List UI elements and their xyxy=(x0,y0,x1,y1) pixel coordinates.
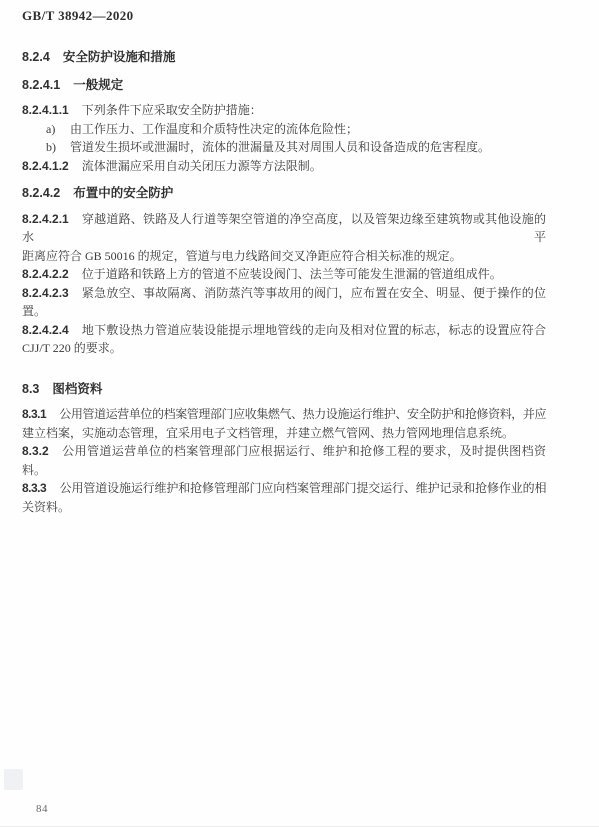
clause-number: 8.2.4.1.2 xyxy=(22,159,69,173)
clause-number: 8.2.4.2.2 xyxy=(22,267,69,281)
clause-text: 公用管道设施运行维护和抢修管理部门应向档案管理部门提交运行、维护记录和抢修作业的… xyxy=(59,481,546,495)
clause-number: 8.3.3 xyxy=(22,481,46,495)
list-item-text: 由工作压力、工作温度和介质特性决定的流体危险性； xyxy=(70,122,358,136)
clause-text: 关资料。 xyxy=(22,500,70,514)
section-number: 8.2.4.2 xyxy=(22,186,60,200)
section-title: 安全防护设施和措施 xyxy=(63,50,176,64)
clause-8-2-4-2-3: 8.2.4.2.3紧急放空、事故隔离、消防蒸汽等事故用的阀门，应布置在安全、明显… xyxy=(22,284,546,321)
clause-text: 地下敷设热力管道应装设能提示埋地管线的走向及相对位置的标志，标志的设置应符合 xyxy=(82,323,546,337)
clause-text: 流体泄漏应采用自动关闭压力源等方法限制。 xyxy=(82,159,322,173)
clause-8-2-4-2-1-line1: 8.2.4.2.1穿越道路、铁路及人行道等架空管道的净空高度，以及管架边缘至建筑… xyxy=(22,210,546,247)
clause-group-general: 8.2.4.1.1下列条件下应采取安全防护措施： a)由工作压力、工作温度和介质… xyxy=(22,101,546,175)
clause-8-2-4-1-2: 8.2.4.1.2流体泄漏应采用自动关闭压力源等方法限制。 xyxy=(22,157,546,176)
section-title: 图档资料 xyxy=(52,382,102,396)
clause-text: 下列条件下应采取安全防护措施： xyxy=(82,103,262,117)
clause-text: 位于道路和铁路上方的管道不应装设阀门、法兰等可能发生泄漏的管道组成件。 xyxy=(82,267,502,281)
section-heading-8-3: 8.3图档资料 xyxy=(22,380,546,399)
clause-text: 公用管道运营单位的档案管理部门应收集燃气、热力设施运行维护、安全防护和抢修资料，… xyxy=(59,407,546,421)
section-title: 一般规定 xyxy=(73,78,123,92)
list-marker: b) xyxy=(46,138,70,157)
clause-8-3-1-line1: 8.3.1公用管道运营单位的档案管理部门应收集燃气、热力设施运行维护、安全防护和… xyxy=(22,405,546,424)
section-number: 8.2.4 xyxy=(22,50,50,64)
clause-8-2-4-2-1-line2: 距离应符合 GB 50016 的规定，管道与电力线路间交叉净距应符合相关标准的规… xyxy=(22,247,546,266)
clause-8-2-4-2-4-line1: 8.2.4.2.4地下敷设热力管道应装设能提示埋地管线的走向及相对位置的标志，标… xyxy=(22,321,546,340)
clause-8-2-4-2-4-line2: CJJ/T 220 的要求。 xyxy=(22,339,546,358)
section-number: 8.3 xyxy=(22,382,39,396)
section-title: 布置中的安全防护 xyxy=(73,186,173,200)
clause-8-2-4-2-2: 8.2.4.2.2位于道路和铁路上方的管道不应装设阀门、法兰等可能发生泄漏的管道… xyxy=(22,265,546,284)
clause-8-3-3-line1: 8.3.3公用管道设施运行维护和抢修管理部门应向档案管理部门提交运行、维护记录和… xyxy=(22,479,546,498)
clause-text: 公用管道运营单位的档案管理部门应根据运行、维护和抢修工程的要求，及时提供图档资料… xyxy=(22,444,546,477)
clause-group-layout-protection: 8.2.4.2.1穿越道路、铁路及人行道等架空管道的净空高度，以及管架边缘至建筑… xyxy=(22,210,546,358)
standard-number: GB/T 38942—2020 xyxy=(22,6,134,26)
section-heading-8-2-4-1: 8.2.4.1一般规定 xyxy=(22,76,546,95)
list-item-b: b)管道发生损坏或泄漏时，流体的泄漏量及其对周围人员和设备造成的危害程度。 xyxy=(22,138,546,157)
list-item-text: 管道发生损坏或泄漏时，流体的泄漏量及其对周围人员和设备造成的危害程度。 xyxy=(70,140,490,154)
page-content: 8.2.4安全防护设施和措施 8.2.4.1一般规定 8.2.4.1.1下列条件… xyxy=(22,26,546,516)
watermark-stamp-icon xyxy=(4,769,23,790)
clause-number: 8.3.1 xyxy=(22,407,46,421)
clause-group-archives: 8.3.1公用管道运营单位的档案管理部门应收集燃气、热力设施运行维护、安全防护和… xyxy=(22,405,546,516)
list-item-a: a)由工作压力、工作温度和介质特性决定的流体危险性； xyxy=(22,120,546,139)
clause-8-3-2: 8.3.2公用管道运营单位的档案管理部门应根据运行、维护和抢修工程的要求，及时提… xyxy=(22,442,546,479)
clause-number: 8.2.4.2.3 xyxy=(22,286,69,300)
clause-text: 穿越道路、铁路及人行道等架空管道的净空高度，以及管架边缘至建筑物或其他设施的水平 xyxy=(22,212,546,245)
section-number: 8.2.4.1 xyxy=(22,78,60,92)
section-heading-8-2-4-2: 8.2.4.2布置中的安全防护 xyxy=(22,184,546,203)
page-number: 84 xyxy=(36,803,48,815)
clause-number: 8.2.4.2.1 xyxy=(22,212,69,226)
section-heading-8-2-4: 8.2.4安全防护设施和措施 xyxy=(22,48,546,67)
clause-number: 8.2.4.1.1 xyxy=(22,103,69,117)
clause-8-3-3-line2: 关资料。 xyxy=(22,498,546,517)
list-marker: a) xyxy=(46,120,70,139)
clause-number: 8.2.4.2.4 xyxy=(22,323,69,337)
clause-text: CJJ/T 220 的要求。 xyxy=(22,341,122,355)
clause-text: 建立档案，实施动态管理，宜采用电子文档管理，并建立燃气管网、热力管网地理信息系统… xyxy=(22,426,514,440)
document-page: GB/T 38942—2020 8.2.4安全防护设施和措施 8.2.4.1一般… xyxy=(0,0,599,827)
clause-number: 8.3.2 xyxy=(22,444,49,458)
clause-text: 距离应符合 GB 50016 的规定，管道与电力线路间交叉净距应符合相关标准的规… xyxy=(22,249,462,263)
clause-text: 紧急放空、事故隔离、消防蒸汽等事故用的阀门，应布置在安全、明显、便于操作的位置。 xyxy=(22,286,546,319)
clause-8-2-4-1-1: 8.2.4.1.1下列条件下应采取安全防护措施： xyxy=(22,101,546,120)
clause-8-3-1-line2: 建立档案，实施动态管理，宜采用电子文档管理，并建立燃气管网、热力管网地理信息系统… xyxy=(22,424,546,443)
